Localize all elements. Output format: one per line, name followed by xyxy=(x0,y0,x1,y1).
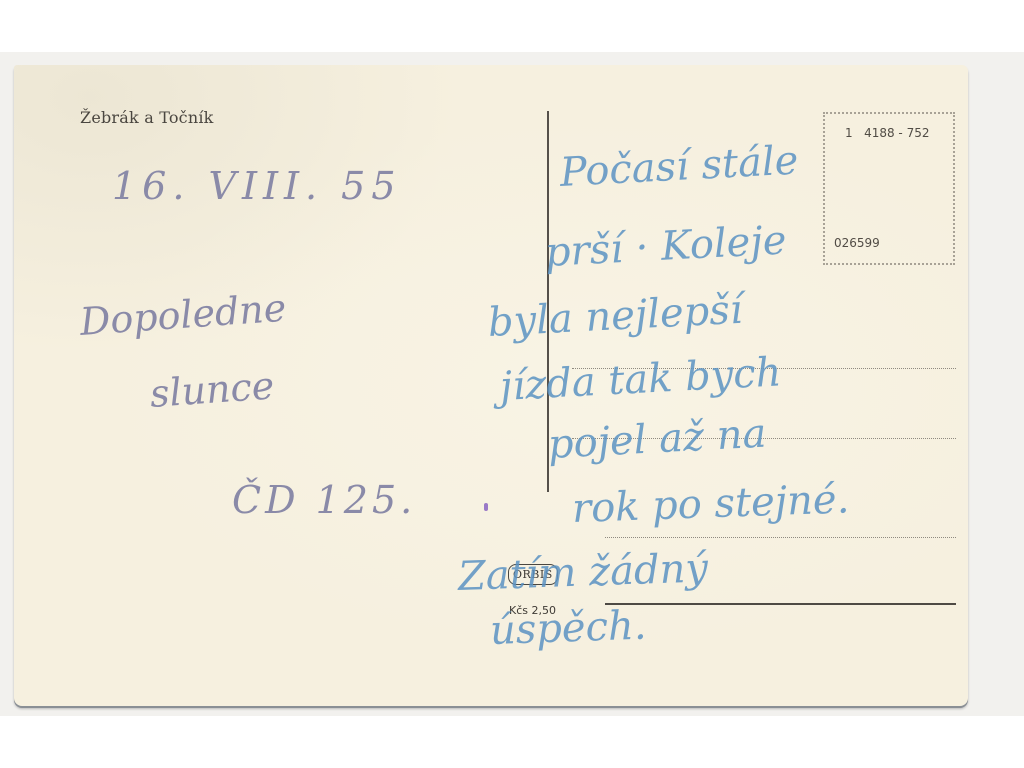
address-line-4 xyxy=(605,603,956,605)
violet-ink-mark xyxy=(484,503,488,511)
stamp-serial: 026599 xyxy=(834,236,880,250)
postcard-title: Žebrák a Točník xyxy=(80,108,214,127)
handwritten-date: 16. VIII. 55 xyxy=(112,164,402,208)
address-line-3 xyxy=(605,537,956,538)
ink-line-8: úspěch. xyxy=(489,603,647,654)
handwritten-line-slunce: slunce xyxy=(148,363,275,416)
ink-line-6: rok po stejné. xyxy=(571,476,850,532)
handwritten-reference: ČD 125. xyxy=(232,478,416,522)
ink-line-7: Zatím žádný xyxy=(457,545,708,600)
stamp-code: 1 4188 - 752 xyxy=(845,126,929,140)
